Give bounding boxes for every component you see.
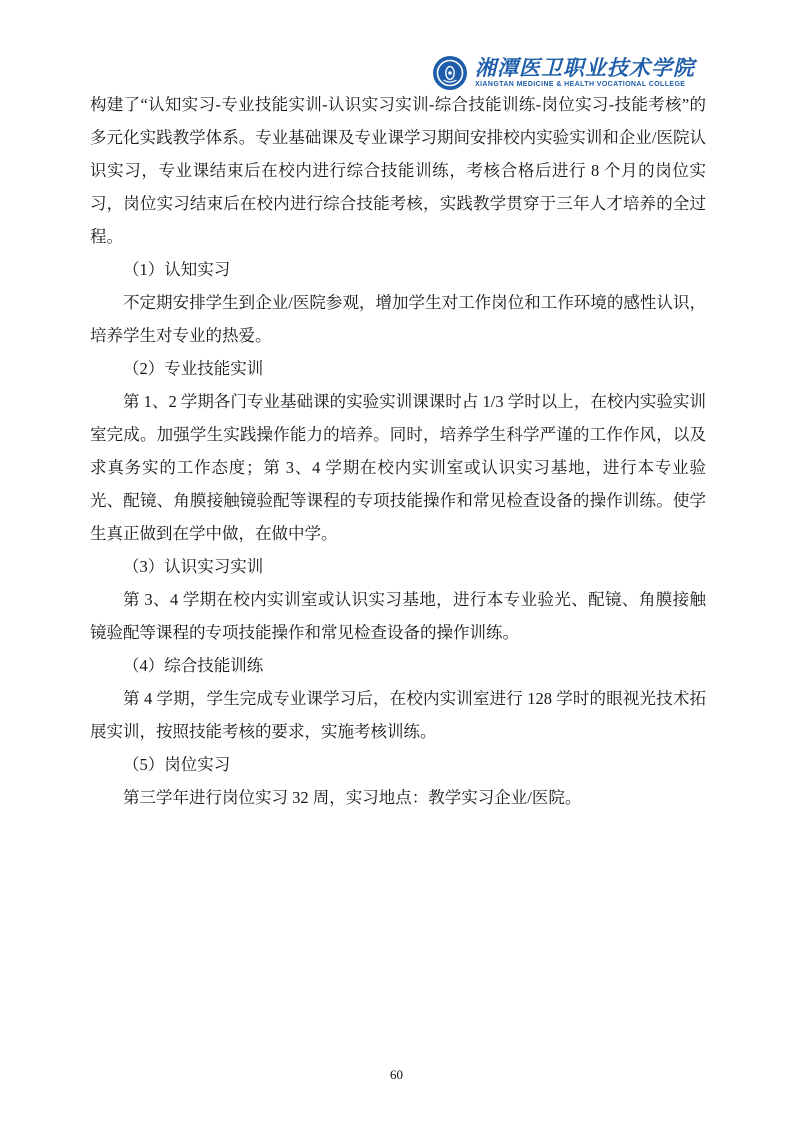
section-heading: （3）认识实习实训	[90, 550, 706, 583]
section-heading: （4）综合技能训练	[90, 649, 706, 682]
body-paragraph: 第 3、4 学期在校内实训室或认识实习基地，进行本专业验光、配镜、角膜接触镜验配…	[90, 583, 706, 649]
college-seal-icon	[432, 55, 468, 91]
college-logo: 湘潭医卫职业技术学院 XIANGTAN MEDICINE & HEALTH VO…	[432, 55, 695, 91]
body-paragraph: 构建了“认知实习-专业技能实训-认识实习实训-综合技能训练-岗位实习-技能考核”…	[90, 88, 706, 253]
body-paragraph: 不定期安排学生到企业/医院参观，增加学生对工作岗位和工作环境的感性认识，培养学生…	[90, 286, 706, 352]
body-paragraph: 第 4 学期，学生完成专业课学习后，在校内实训室进行 128 学时的眼视光技术拓…	[90, 682, 706, 748]
section-heading: （2）专业技能实训	[90, 352, 706, 385]
document-body: 构建了“认知实习-专业技能实训-认识实习实训-综合技能训练-岗位实习-技能考核”…	[90, 88, 706, 814]
college-name-block: 湘潭医卫职业技术学院 XIANGTAN MEDICINE & HEALTH VO…	[475, 57, 695, 89]
section-heading: （1）认知实习	[90, 253, 706, 286]
document-page: 湘潭医卫职业技术学院 XIANGTAN MEDICINE & HEALTH VO…	[0, 0, 793, 1122]
section-heading: （5）岗位实习	[90, 748, 706, 781]
body-paragraph: 第三学年进行岗位实习 32 周，实习地点：教学实习企业/医院。	[90, 781, 706, 814]
page-number: 60	[0, 1067, 793, 1082]
college-name-zh: 湘潭医卫职业技术学院	[475, 57, 695, 80]
body-paragraph: 第 1、2 学期各门专业基础课的实验实训课课时占 1/3 学时以上，在校内实验实…	[90, 385, 706, 550]
